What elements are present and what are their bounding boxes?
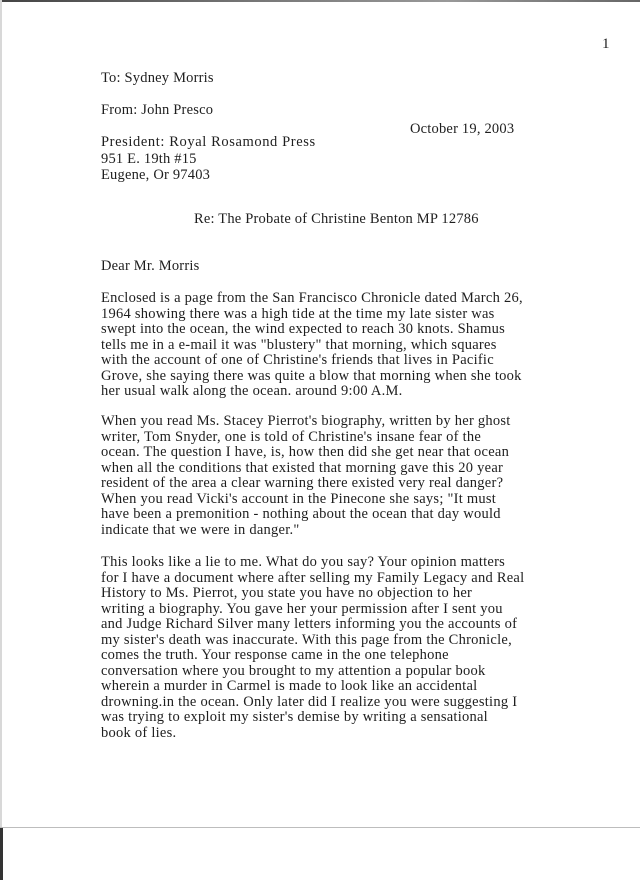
scan-edge-top xyxy=(0,0,640,2)
paragraph-line: wherein a murder in Carmel is made to lo… xyxy=(101,679,541,695)
paragraph-line: drowning.in the ocean. Only later did I … xyxy=(101,695,541,711)
sender-line: From: John Presco xyxy=(101,102,213,119)
letter-date: October 19, 2003 xyxy=(410,121,514,138)
paragraph-line: was trying to exploit my sister's demise… xyxy=(101,710,541,726)
sender-title: President: Royal Rosamond Press xyxy=(101,134,316,151)
salutation: Dear Mr. Morris xyxy=(101,258,199,275)
paragraph-line: for I have a document where after sellin… xyxy=(101,571,541,587)
paragraph-line: have been a premonition - nothing about … xyxy=(101,507,541,523)
paragraph-line: with the account of one of Christine's f… xyxy=(101,353,541,369)
body-paragraph-3: This looks like a lie to me. What do you… xyxy=(101,555,541,741)
body-paragraph-2: When you read Ms. Stacey Pierrot's biogr… xyxy=(101,414,541,538)
paragraph-line: conversation where you brought to my att… xyxy=(101,664,541,680)
paragraph-line: Grove, she saying there was quite a blow… xyxy=(101,369,541,385)
page-number: 1 xyxy=(602,36,610,53)
paragraph-line: 1964 showing there was a high tide at th… xyxy=(101,307,541,323)
recipient-line: To: Sydney Morris xyxy=(101,70,214,87)
address-city: Eugene, Or 97403 xyxy=(101,167,210,184)
paragraph-line: comes the truth. Your response came in t… xyxy=(101,648,541,664)
paragraph-line: History to Ms. Pierrot, you state you ha… xyxy=(101,586,541,602)
paragraph-line: writer, Tom Snyder, one is told of Chris… xyxy=(101,430,541,446)
paragraph-line: When you read Vicki's account in the Pin… xyxy=(101,492,541,508)
subject-line: Re: The Probate of Christine Benton MP 1… xyxy=(194,211,479,228)
paragraph-line: her usual walk along the ocean. around 9… xyxy=(101,384,541,400)
scan-edge-left xyxy=(0,0,2,880)
paragraph-line: Enclosed is a page from the San Francisc… xyxy=(101,291,541,307)
paragraph-line: resident of the area a clear warning the… xyxy=(101,476,541,492)
paragraph-line: This looks like a lie to me. What do you… xyxy=(101,555,541,571)
address-street: 951 E. 19th #15 xyxy=(101,151,197,168)
paragraph-line: my sister's death was inaccurate. With t… xyxy=(101,633,541,649)
paragraph-line: tells me in a e-mail it was "blustery" t… xyxy=(101,338,541,354)
paragraph-line: indicate that we were in danger." xyxy=(101,523,541,539)
paragraph-line: and Judge Richard Silver many letters in… xyxy=(101,617,541,633)
scan-fold-line xyxy=(0,827,640,828)
body-paragraph-1: Enclosed is a page from the San Francisc… xyxy=(101,291,541,400)
scan-edge-shadow xyxy=(0,828,3,880)
paragraph-line: swept into the ocean, the wind expected … xyxy=(101,322,541,338)
paragraph-line: book of lies. xyxy=(101,726,541,742)
paragraph-line: ocean. The question I have, is, how then… xyxy=(101,445,541,461)
paragraph-line: writing a biography. You gave her your p… xyxy=(101,602,541,618)
paragraph-line: when all the conditions that existed tha… xyxy=(101,461,541,477)
paragraph-line: When you read Ms. Stacey Pierrot's biogr… xyxy=(101,414,541,430)
